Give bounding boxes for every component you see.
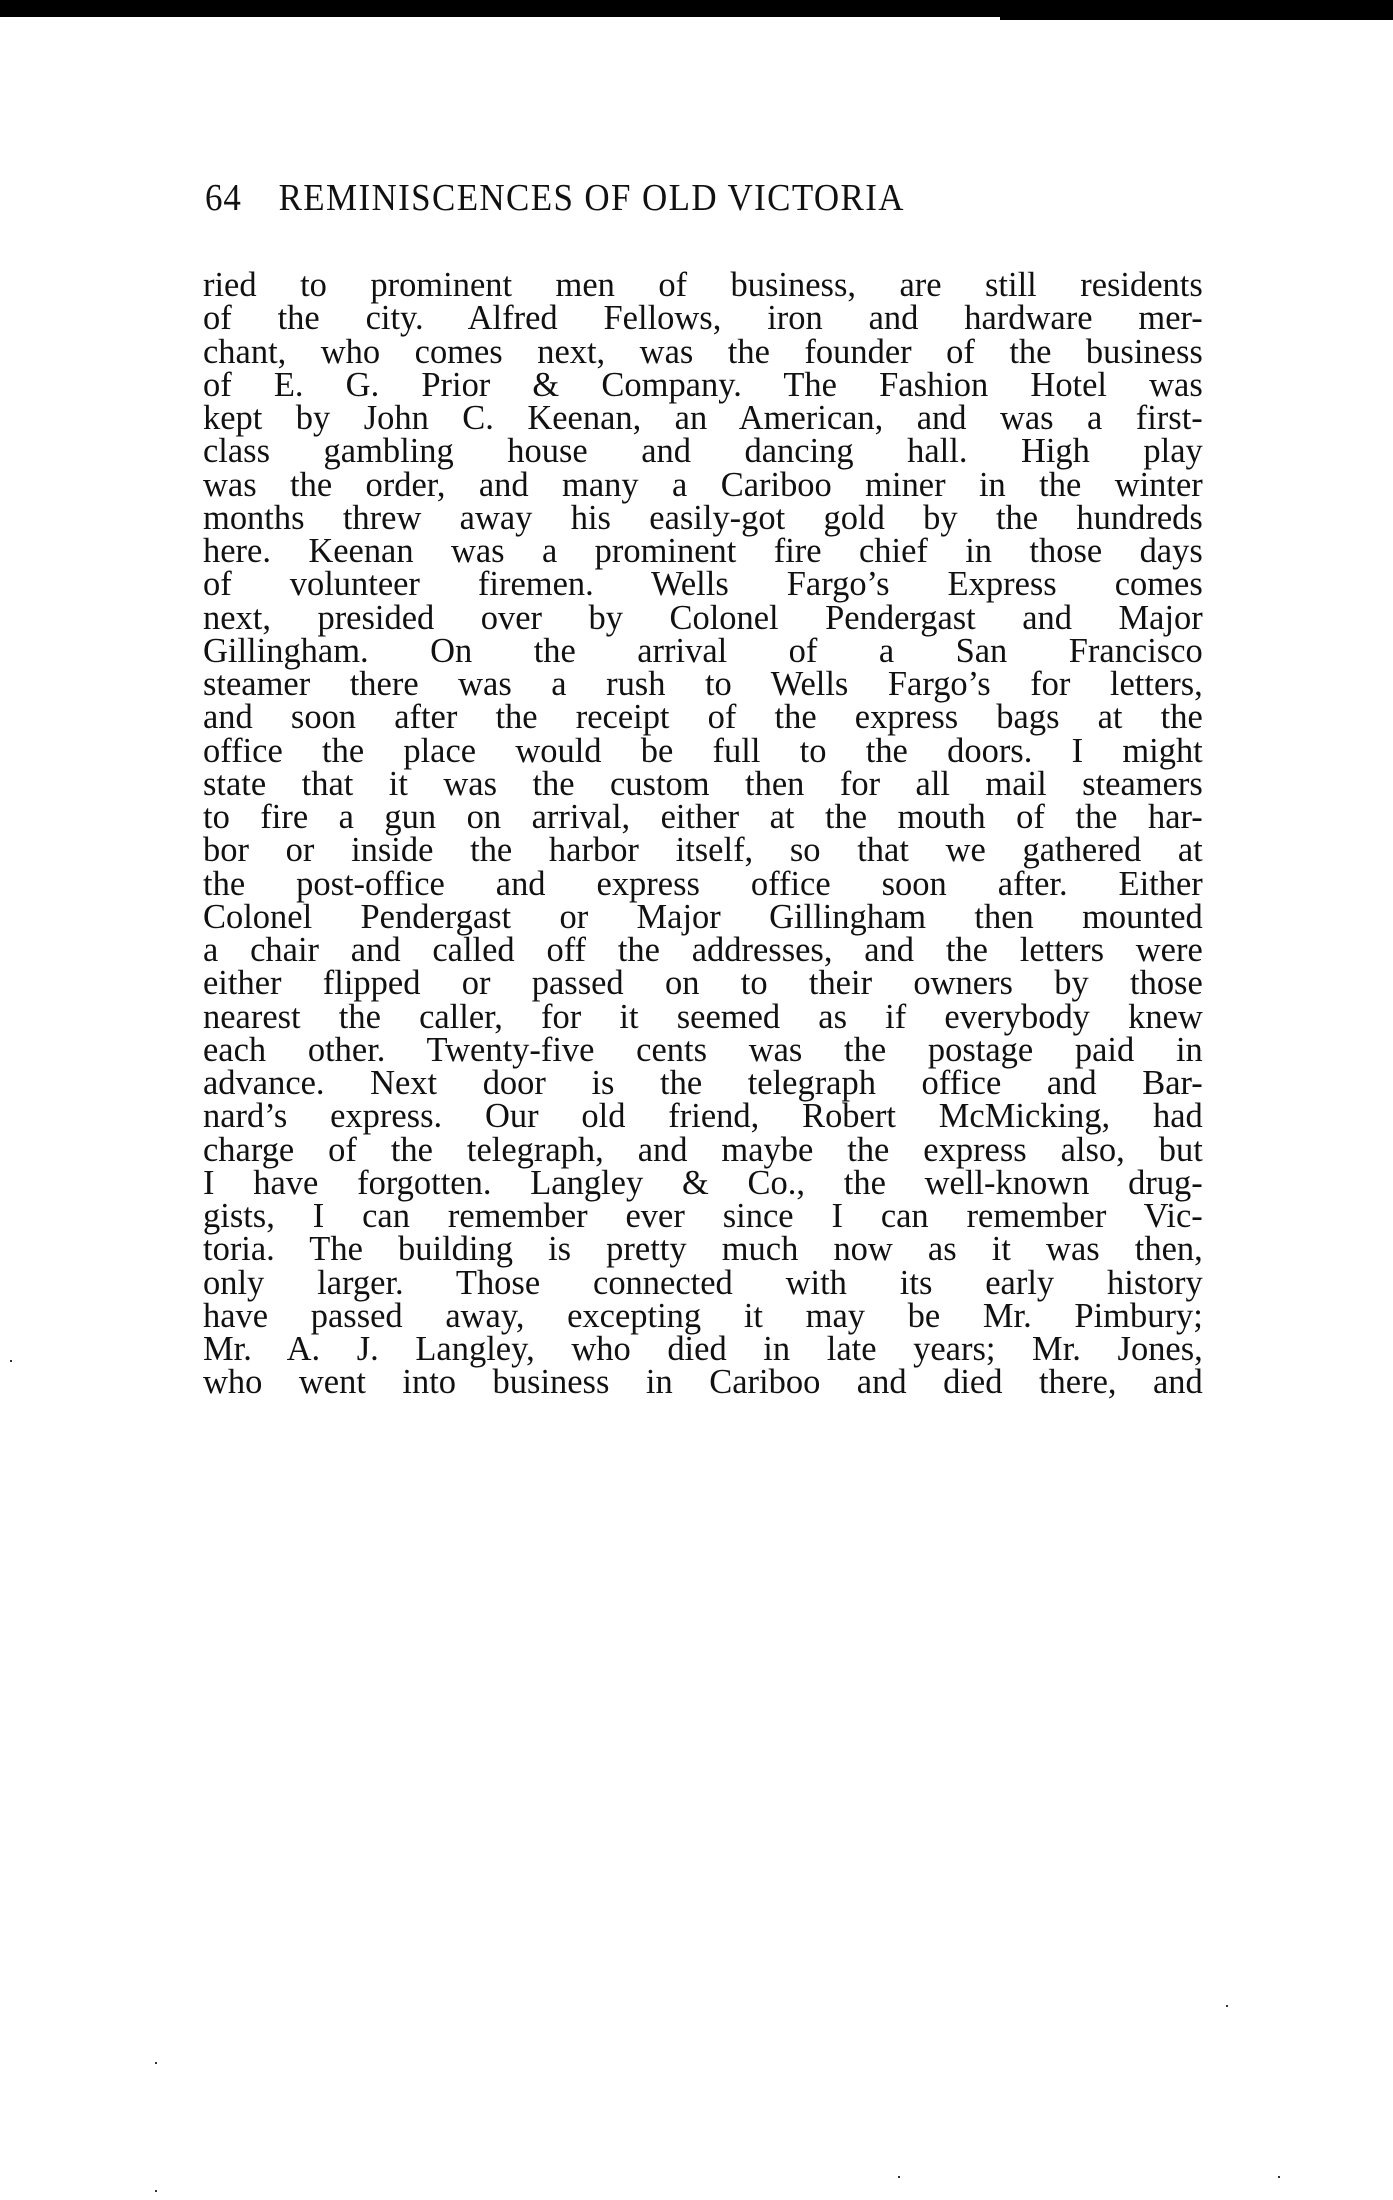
scan-speck [10,1360,12,1362]
page-number: 64 [205,176,242,220]
text-line: months threw away his easily-got gold by… [203,501,1203,534]
text-line: charge of the telegraph, and maybe the e… [203,1133,1203,1166]
text-line: was the order, and many a Cariboo miner … [203,468,1203,501]
scan-speck [1226,2005,1228,2007]
text-line: only larger. Those connected with its ea… [203,1266,1203,1299]
body-text: ried to prominent men of business, are s… [203,268,1206,1399]
scan-speck [155,2062,157,2064]
text-line: a chair and called off the addresses, an… [203,933,1203,966]
text-line: Colonel Pendergast or Major Gillingham t… [203,900,1203,933]
text-line: gists, I can remember ever since I can r… [203,1199,1203,1232]
text-line: state that it was the custom then for al… [203,767,1203,800]
text-line: ried to prominent men of business, are s… [203,268,1203,301]
text-line: office the place would be full to the do… [203,734,1203,767]
text-line: steamer there was a rush to Wells Fargo’… [203,667,1203,700]
text-line: each other. Twenty-five cents was the po… [203,1033,1203,1066]
text-line: of volunteer firemen. Wells Fargo’s Expr… [203,567,1203,600]
scan-speck [1278,2176,1280,2178]
text-line: kept by John C. Keenan, an American, and… [203,401,1203,434]
text-line: advance. Next door is the telegraph offi… [203,1066,1203,1099]
text-line: I have forgotten. Langley & Co., the wel… [203,1166,1203,1199]
text-line: next, presided over by Colonel Pendergas… [203,601,1203,634]
text-line: class gambling house and dancing hall. H… [203,434,1203,467]
scan-top-edge-right [1000,0,1393,20]
running-title: REMINISCENCES OF OLD VICTORIA [279,176,905,220]
text-line: the post-office and express office soon … [203,867,1203,900]
running-head: 64 REMINISCENCES OF OLD VICTORIA [205,176,1070,226]
text-line: either flipped or passed on to their own… [203,966,1203,999]
text-line: and soon after the receipt of the expres… [203,700,1203,733]
text-line: nearest the caller, for it seemed as if … [203,1000,1203,1033]
text-line: have passed away, excepting it may be Mr… [203,1299,1203,1332]
text-line: nard’s express. Our old friend, Robert M… [203,1099,1203,1132]
text-line: Mr. A. J. Langley, who died in late year… [203,1332,1203,1365]
text-line: here. Keenan was a prominent fire chief … [203,534,1203,567]
text-line: chant, who comes next, was the founder o… [203,335,1203,368]
text-line: Gillingham. On the arrival of a San Fran… [203,634,1203,667]
text-line: to fire a gun on arrival, either at the … [203,800,1203,833]
text-line: of E. G. Prior & Company. The Fashion Ho… [203,368,1203,401]
text-line: bor or inside the harbor itself, so that… [203,833,1203,866]
scan-speck [898,2176,900,2178]
text-line: of the city. Alfred Fellows, iron and ha… [203,301,1203,334]
text-line: toria. The building is pretty much now a… [203,1232,1203,1265]
text-line: who went into business in Cariboo and di… [203,1365,1203,1398]
scan-speck [155,2190,157,2192]
